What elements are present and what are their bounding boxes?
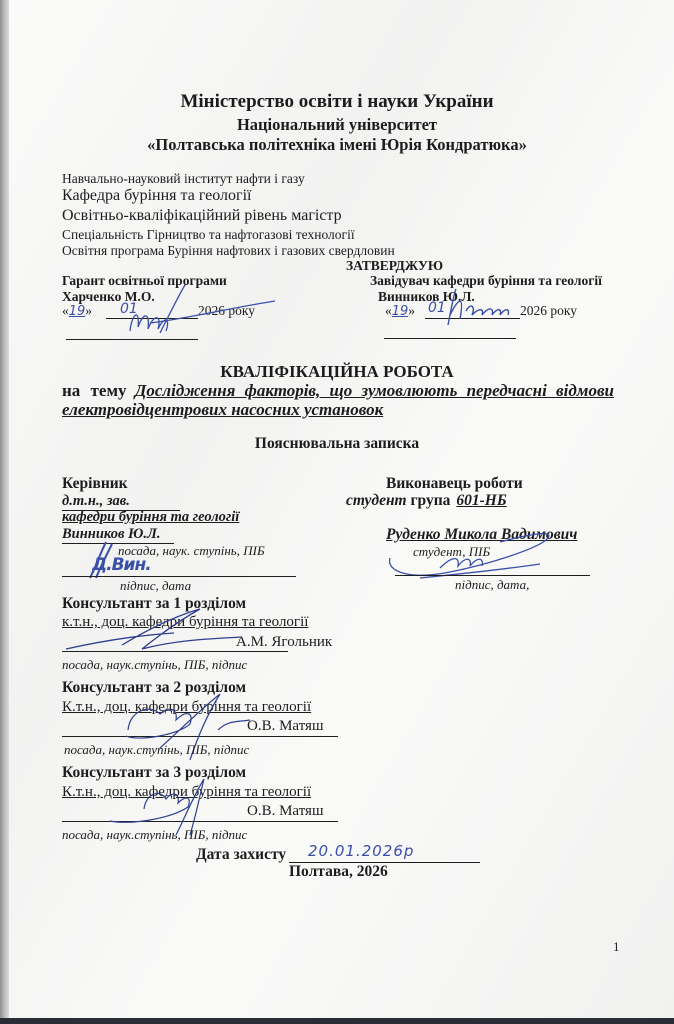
specialty: Спеціальність Гірництво та нафтогазові т… [62,227,355,243]
topic-text-line1: Дослідження факторів, що зумовлюють пере… [135,381,614,401]
topic-line1: на тему Дослідження факторів, що зумовлю… [62,381,614,401]
consultant-1-caption: посада, наук.ступінь, ПІБ, підпис [62,657,247,673]
explanatory-note-title: Пояснювальна записка [0,435,674,453]
defense-date-label: Дата захисту [196,846,286,864]
group-label: група [411,492,451,509]
work-type: КВАЛІФІКАЦІЙНА РОБОТА [0,362,674,382]
consultant-3-name: О.В. Матяш [247,803,324,820]
supervisor-position-1: д.т.н., зав. [62,493,130,510]
group-value: 601-НБ [450,492,516,509]
ministry-title: Міністерство освіти і науки України [0,91,674,113]
guarantor-date: «19» [62,303,92,319]
university-line1: Національний університет [0,115,674,135]
university-line2: «Полтавська політехніка імені Юрія Кондр… [0,135,674,155]
head-day: 19 [392,304,409,319]
bottom-edge [0,1018,674,1024]
consultant-3-caption: посада, наук.ступінь, ПІБ, підпис [62,827,247,843]
performer-sign-caption: підпис, дата, [455,577,529,593]
student-label: студент [346,492,407,509]
qualification-level: Освітньо-кваліфікаційний рівень магістр [62,207,342,225]
supervisor-position-2: кафедри буріння та геології [62,509,239,526]
approval-title: ЗАТВЕРДЖУЮ [346,258,443,274]
topic-label: на тему [62,381,127,401]
consultant-1-signature [62,605,262,655]
performer-heading: Виконавець роботи [386,475,523,493]
guarantor-day: 19 [69,304,86,319]
defense-date-value: 20.01.2026р [308,842,414,860]
performer-signature-line [395,575,590,576]
page-number: 1 [613,939,620,955]
education-program: Освітня програма Буріння нафтових і газо… [62,243,395,259]
supervisor-signature-stroke [86,540,116,580]
supervisor-signature-line [62,576,296,577]
department: Кафедра буріння та геології [62,187,252,205]
head-signature [440,285,530,330]
consultant-2-caption: посада, наук.ступінь, ПІБ, підпис [64,742,249,758]
supervisor-heading: Керівник [62,475,128,493]
guarantor-signature [110,283,280,348]
document-page: Міністерство освіти і науки України Наці… [0,0,674,1024]
institute: Навчально-науковий інститут нафти і газу [62,171,305,187]
head-signature-line [384,338,516,339]
performer-group: студент група601-НБ [346,492,517,510]
head-date: «19» [385,303,415,319]
supervisor-sign-caption: підпис, дата [120,578,191,594]
topic-text-line2: електровідцентрових насосних установок [62,400,383,420]
city-year: Полтава, 2026 [289,863,388,881]
